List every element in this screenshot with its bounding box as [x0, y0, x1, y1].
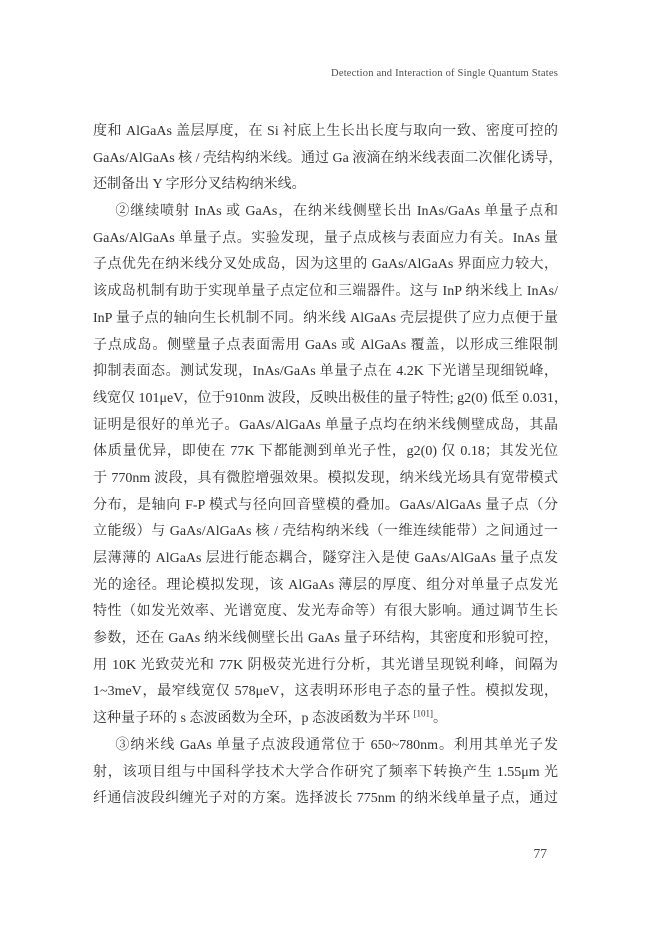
text-line: 立能级）与 GaAs/AlGaAs 核 / 壳结构纳米线（一维连续能带）之间通过…: [93, 519, 558, 546]
text-segment: 子点成岛。侧壁量子点表面需用 GaAs 或 AlGaAs 覆盖，以形成三维限制: [93, 338, 558, 353]
text-segment: 证明是很好的单光子。GaAs/AlGaAs 单量子点均在纳米线侧壁成岛，其晶: [93, 418, 558, 433]
text-line: 该成岛机制有助于实现单量子点定位和三端器件。这与 InP 纳米线上 InAs/: [93, 279, 558, 306]
text-line: 纤通信波段纠缠光子对的方案。选择波长 775nm 的纳米线单量子点，通过: [93, 786, 558, 813]
text-line: 子点优先在纳米线分叉处成岛，因为这里的 GaAs/AlGaAs 界面应力较大，: [93, 252, 558, 279]
text-line: InP 量子点的轴向生长机制不同。纳米线 AlGaAs 壳层提供了应力点便于量: [93, 306, 558, 333]
text-segment: 度和 AlGaAs 盖层厚度，在 Si 衬底上生长出长度与取向一致、密度可控的: [93, 124, 558, 139]
text-segment: 子点优先在纳米线分叉处成岛，因为这里的 GaAs/AlGaAs 界面应力较大，: [93, 257, 558, 272]
text-segment: 于 770nm 波段，具有微腔增强效果。模拟发现，纳米线光场具有宽带模式: [93, 471, 558, 486]
text-line: 体质量优异，即使在 77K 下都能测到单光子性，g2(0) 仅 0.18；其发光…: [93, 439, 558, 466]
text-line: 抑制表面态。测试发现，InAs/GaAs 单量子点在 4.2K 下光谱呈现细锐峰…: [93, 359, 558, 386]
text-line: 参数，还在 GaAs 纳米线侧壁长出 GaAs 量子环结构，其密度和形貌可控，: [93, 626, 558, 653]
text-segment: InP 量子点的轴向生长机制不同。纳米线 AlGaAs 壳层提供了应力点便于量: [93, 311, 558, 326]
text-line: 层薄薄的 AlGaAs 层进行能态耦合，隧穿注入是使 GaAs/AlGaAs 量…: [93, 546, 558, 573]
text-segment: GaAs/AlGaAs 核 / 壳结构纳米线。通过 Ga 液滴在纳米线表面二次催…: [93, 151, 562, 166]
text-line: 还制备出 Y 字形分叉结构纳米线。: [93, 172, 558, 199]
body-text-block: 度和 AlGaAs 盖层厚度，在 Si 衬底上生长出长度与取向一致、密度可控的G…: [93, 119, 558, 813]
text-segment: 还制备出 Y 字形分叉结构纳米线。: [93, 177, 306, 192]
text-line: ②继续喷射 InAs 或 GaAs，在纳米线侧壁长出 InAs/GaAs 单量子…: [93, 199, 558, 226]
text-segment: 这种量子环的 s 态波函数为全环，p 态波函数为半环: [93, 711, 413, 726]
text-segment: 1~3meV，最窄线宽仅 578μeV，这表明环形电子态的量子性。模拟发现，: [93, 684, 558, 699]
text-line: ③纳米线 GaAs 单量子点波段通常位于 650~780nm。利用其单光子发: [93, 733, 558, 760]
text-segment: ②继续喷射 InAs 或 GaAs，在纳米线侧壁长出 InAs/GaAs 单量子…: [115, 204, 558, 219]
text-line: 度和 AlGaAs 盖层厚度，在 Si 衬底上生长出长度与取向一致、密度可控的: [93, 119, 558, 146]
text-segment: 线宽仅 101μeV，位于910nm 波段，反映出极佳的量子特性; g2(0) …: [93, 391, 568, 406]
text-line: 光的途径。理论模拟发现，该 AlGaAs 薄层的厚度、组分对单量子点发光: [93, 573, 558, 600]
text-segment: GaAs/AlGaAs 单量子点。实验发现，量子点成核与表面应力有关。InAs …: [93, 231, 558, 246]
text-line: GaAs/AlGaAs 单量子点。实验发现，量子点成核与表面应力有关。InAs …: [93, 226, 558, 253]
text-segment: 纤通信波段纠缠光子对的方案。选择波长 775nm 的纳米线单量子点，通过: [93, 791, 558, 806]
running-header: Detection and Interaction of Single Quan…: [93, 68, 558, 79]
text-segment: 立能级）与 GaAs/AlGaAs 核 / 壳结构纳米线（一维连续能带）之间通过…: [93, 524, 558, 539]
page-number: 77: [534, 846, 548, 862]
text-segment: 射，该项目组与中国科学技术大学合作研究了频率下转换产生 1.55μm 光: [93, 765, 558, 780]
text-line: 线宽仅 101μeV，位于910nm 波段，反映出极佳的量子特性; g2(0) …: [93, 386, 558, 413]
text-segment: 该成岛机制有助于实现单量子点定位和三端器件。这与 InP 纳米线上 InAs/: [93, 284, 558, 299]
text-line: 于 770nm 波段，具有微腔增强效果。模拟发现，纳米线光场具有宽带模式: [93, 466, 558, 493]
text-line: 1~3meV，最窄线宽仅 578μeV，这表明环形电子态的量子性。模拟发现，: [93, 679, 558, 706]
text-segment: 分布，是轴向 F-P 模式与径向回音壁模的叠加。GaAs/AlGaAs 量子点（…: [93, 498, 558, 513]
text-line: 用 10K 光致荧光和 77K 阴极荧光进行分析，其光谱呈现锐利峰，间隔为: [93, 653, 558, 680]
text-segment: 光的途径。理论模拟发现，该 AlGaAs 薄层的厚度、组分对单量子点发光: [93, 578, 558, 593]
text-line: 这种量子环的 s 态波函数为全环，p 态波函数为半环 [101]。: [93, 706, 558, 733]
text-segment: 特性（如发光效率、光谱宽度、发光寿命等）有很大影响。通过调节生长: [93, 604, 558, 619]
text-segment: 抑制表面态。测试发现，InAs/GaAs 单量子点在 4.2K 下光谱呈现细锐峰…: [93, 364, 558, 379]
text-segment: 层薄薄的 AlGaAs 层进行能态耦合，隧穿注入是使 GaAs/AlGaAs 量…: [93, 551, 558, 566]
text-line: GaAs/AlGaAs 核 / 壳结构纳米线。通过 Ga 液滴在纳米线表面二次催…: [93, 146, 558, 173]
document-page: Detection and Interaction of Single Quan…: [0, 0, 666, 930]
text-line: 特性（如发光效率、光谱宽度、发光寿命等）有很大影响。通过调节生长: [93, 599, 558, 626]
citation-superscript: [101]: [413, 708, 433, 718]
text-segment: 体质量优异，即使在 77K 下都能测到单光子性，g2(0) 仅 0.18；其发光…: [93, 444, 558, 459]
text-line: 证明是很好的单光子。GaAs/AlGaAs 单量子点均在纳米线侧壁成岛，其晶: [93, 413, 558, 440]
text-segment: 。: [433, 711, 447, 726]
text-segment: 用 10K 光致荧光和 77K 阴极荧光进行分析，其光谱呈现锐利峰，间隔为: [93, 658, 558, 673]
text-line: 射，该项目组与中国科学技术大学合作研究了频率下转换产生 1.55μm 光: [93, 760, 558, 787]
text-segment: 参数，还在 GaAs 纳米线侧壁长出 GaAs 量子环结构，其密度和形貌可控，: [93, 631, 558, 646]
text-segment: ③纳米线 GaAs 单量子点波段通常位于 650~780nm。利用其单光子发: [115, 738, 558, 753]
text-line: 分布，是轴向 F-P 模式与径向回音壁模的叠加。GaAs/AlGaAs 量子点（…: [93, 493, 558, 520]
text-line: 子点成岛。侧壁量子点表面需用 GaAs 或 AlGaAs 覆盖，以形成三维限制: [93, 333, 558, 360]
